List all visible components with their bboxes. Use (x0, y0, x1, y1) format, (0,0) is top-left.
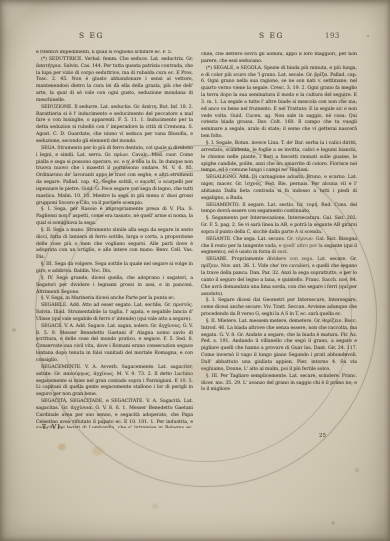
book-page-photo: S EG S EG 193 e ritentivi impedimenti, l… (0, 0, 390, 541)
catchword: 25 (319, 433, 326, 439)
dictionary-paragraph: (*) SEGALE, e SEGOLA. Spezie di biada pi… (201, 66, 357, 141)
dictionary-paragraph: e ritentivi impedimenti, li quali si vog… (36, 50, 193, 57)
volume-signature: T. VI. (42, 424, 64, 431)
dictionary-paragraph: SEGARE. Propriamente dividere con sega. … (201, 257, 357, 298)
text-column-left: e ritentivi impedimenti, li quali si vog… (36, 50, 193, 428)
dictionary-paragraph: chile, che dettero sovra gli uomini, app… (201, 52, 357, 66)
dictionary-paragraph: §. IV. Sega grande, dicesi quella, che a… (36, 276, 193, 297)
dictionary-paragraph: §. I. Segale, Botan. invece Lina. T. de'… (201, 141, 357, 175)
running-title-right: S EG (259, 31, 284, 41)
dictionary-paragraph: §. III. Sega da volgere. Sega sottile la… (36, 262, 193, 276)
dictionary-paragraph: §. II. Sega a mano. Strumento simile all… (36, 228, 193, 262)
dictionary-paragraph: §. I. Segare dicesi dai Geometri per Int… (201, 298, 357, 319)
dictionary-paragraph: §. II. Mietere. Lat. messem metere, deme… (201, 319, 357, 374)
page-number: 193 (325, 32, 340, 40)
dictionary-paragraph: SEGACEMENTE. V. A. Avverb. Sagacemente. … (36, 365, 193, 399)
dictionary-paragraph: SEGAMENTO. Il segare. Lat. sectio. Gr. τ… (201, 203, 357, 217)
dictionary-paragraph: §. Segamento per Intersecazione, Interse… (201, 216, 357, 237)
dictionary-paragraph: (*) SEDUTTRICE. Verbal. femm. Che seduce… (36, 57, 193, 105)
running-title-left: S EG (79, 31, 104, 41)
dictionary-paragraph: §. III. Per Tagliare semplicemente. Lat.… (201, 374, 357, 395)
dictionary-paragraph: SEDUZIONE. Il sedurre. Lat. seductio. Gr… (36, 105, 193, 146)
dictionary-paragraph: §. I. Sega, per Rasoio è impropriamente … (36, 207, 193, 228)
text-column-right: chile, che dettero sovra gli uomini, app… (201, 52, 357, 432)
dictionary-paragraph: SEGA. Strumento per lo più di ferro dent… (36, 146, 193, 208)
dictionary-paragraph: SEGABILE. Add. Atto ad esser segato. Lat… (36, 303, 193, 324)
dictionary-paragraph: SEGALIGNO. Add. Di carnagione adusta, Br… (201, 175, 357, 202)
dictionary-paragraph: SEGANTE. Che sega. Lat. secans. Gr. τέμν… (201, 237, 357, 258)
dictionary-paragraph: SEGACE. V. A. Add. Sagace. Lat. sagax, s… (36, 324, 193, 365)
